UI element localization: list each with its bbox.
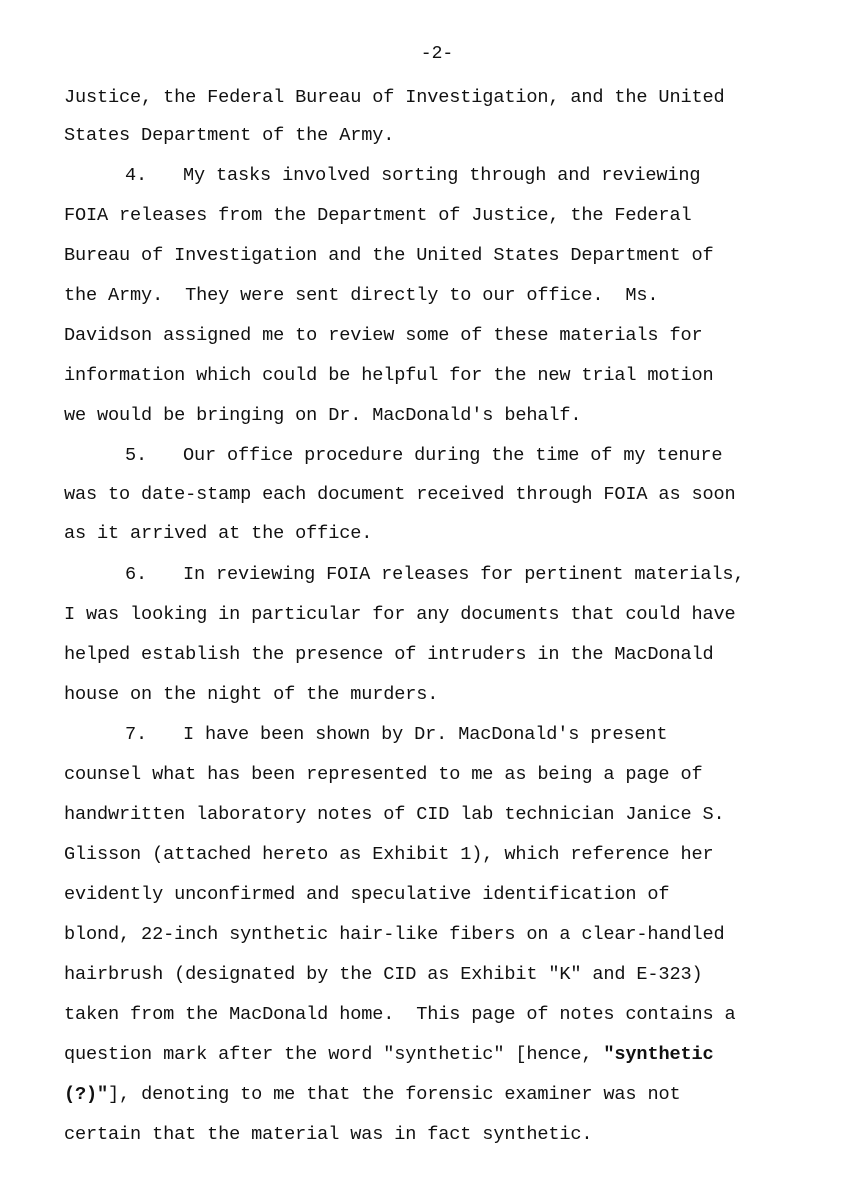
paragraph-7-start: 7.I have been shown by Dr. MacDonald's p… bbox=[125, 724, 667, 746]
text-line: (?)"], denoting to me that the forensic … bbox=[64, 1084, 680, 1106]
text-line: helped establish the presence of intrude… bbox=[64, 644, 713, 666]
text-line: States Department of the Army. bbox=[64, 125, 394, 147]
paragraph-5-start: 5.Our office procedure during the time o… bbox=[125, 445, 722, 467]
text-line: certain that the material was in fact sy… bbox=[64, 1124, 592, 1146]
text-line: question mark after the word "synthetic"… bbox=[64, 1044, 714, 1066]
text-line: Justice, the Federal Bureau of Investiga… bbox=[64, 87, 724, 109]
paragraph-number: 6. bbox=[125, 564, 183, 586]
text-line: Bureau of Investigation and the United S… bbox=[64, 245, 713, 267]
text-line: blond, 22-inch synthetic hair-like fiber… bbox=[64, 924, 724, 946]
text-line: hairbrush (designated by the CID as Exhi… bbox=[64, 964, 702, 986]
paragraph-number: 4. bbox=[125, 165, 183, 187]
text-line: we would be bringing on Dr. MacDonald's … bbox=[64, 405, 581, 427]
page-number: -2- bbox=[0, 44, 860, 64]
document-page: -2- Justice, the Federal Bureau of Inves… bbox=[0, 0, 860, 1203]
text-line: Glisson (attached hereto as Exhibit 1), … bbox=[64, 844, 713, 866]
text-line: taken from the MacDonald home. This page… bbox=[64, 1004, 736, 1026]
text-line: FOIA releases from the Department of Jus… bbox=[64, 205, 691, 227]
text-line: evidently unconfirmed and speculative id… bbox=[64, 884, 669, 906]
text-line: I was looking in particular for any docu… bbox=[64, 604, 736, 626]
emphasized-text: "synthetic bbox=[603, 1044, 713, 1065]
text-line: the Army. They were sent directly to our… bbox=[64, 285, 658, 307]
text-line: as it arrived at the office. bbox=[64, 523, 372, 545]
paragraph-number: 7. bbox=[125, 724, 183, 746]
text-line: Davidson assigned me to review some of t… bbox=[64, 325, 702, 347]
paragraph-number: 5. bbox=[125, 445, 183, 467]
text-line: house on the night of the murders. bbox=[64, 684, 438, 706]
text-line: handwritten laboratory notes of CID lab … bbox=[64, 804, 724, 826]
paragraph-4-start: 4.My tasks involved sorting through and … bbox=[125, 165, 700, 187]
emphasized-text: (?)" bbox=[64, 1084, 108, 1105]
text-line: information which could be helpful for t… bbox=[64, 365, 713, 387]
paragraph-6-start: 6.In reviewing FOIA releases for pertine… bbox=[125, 564, 744, 586]
text-line: counsel what has been represented to me … bbox=[64, 764, 702, 786]
text-line: was to date-stamp each document received… bbox=[64, 484, 736, 506]
